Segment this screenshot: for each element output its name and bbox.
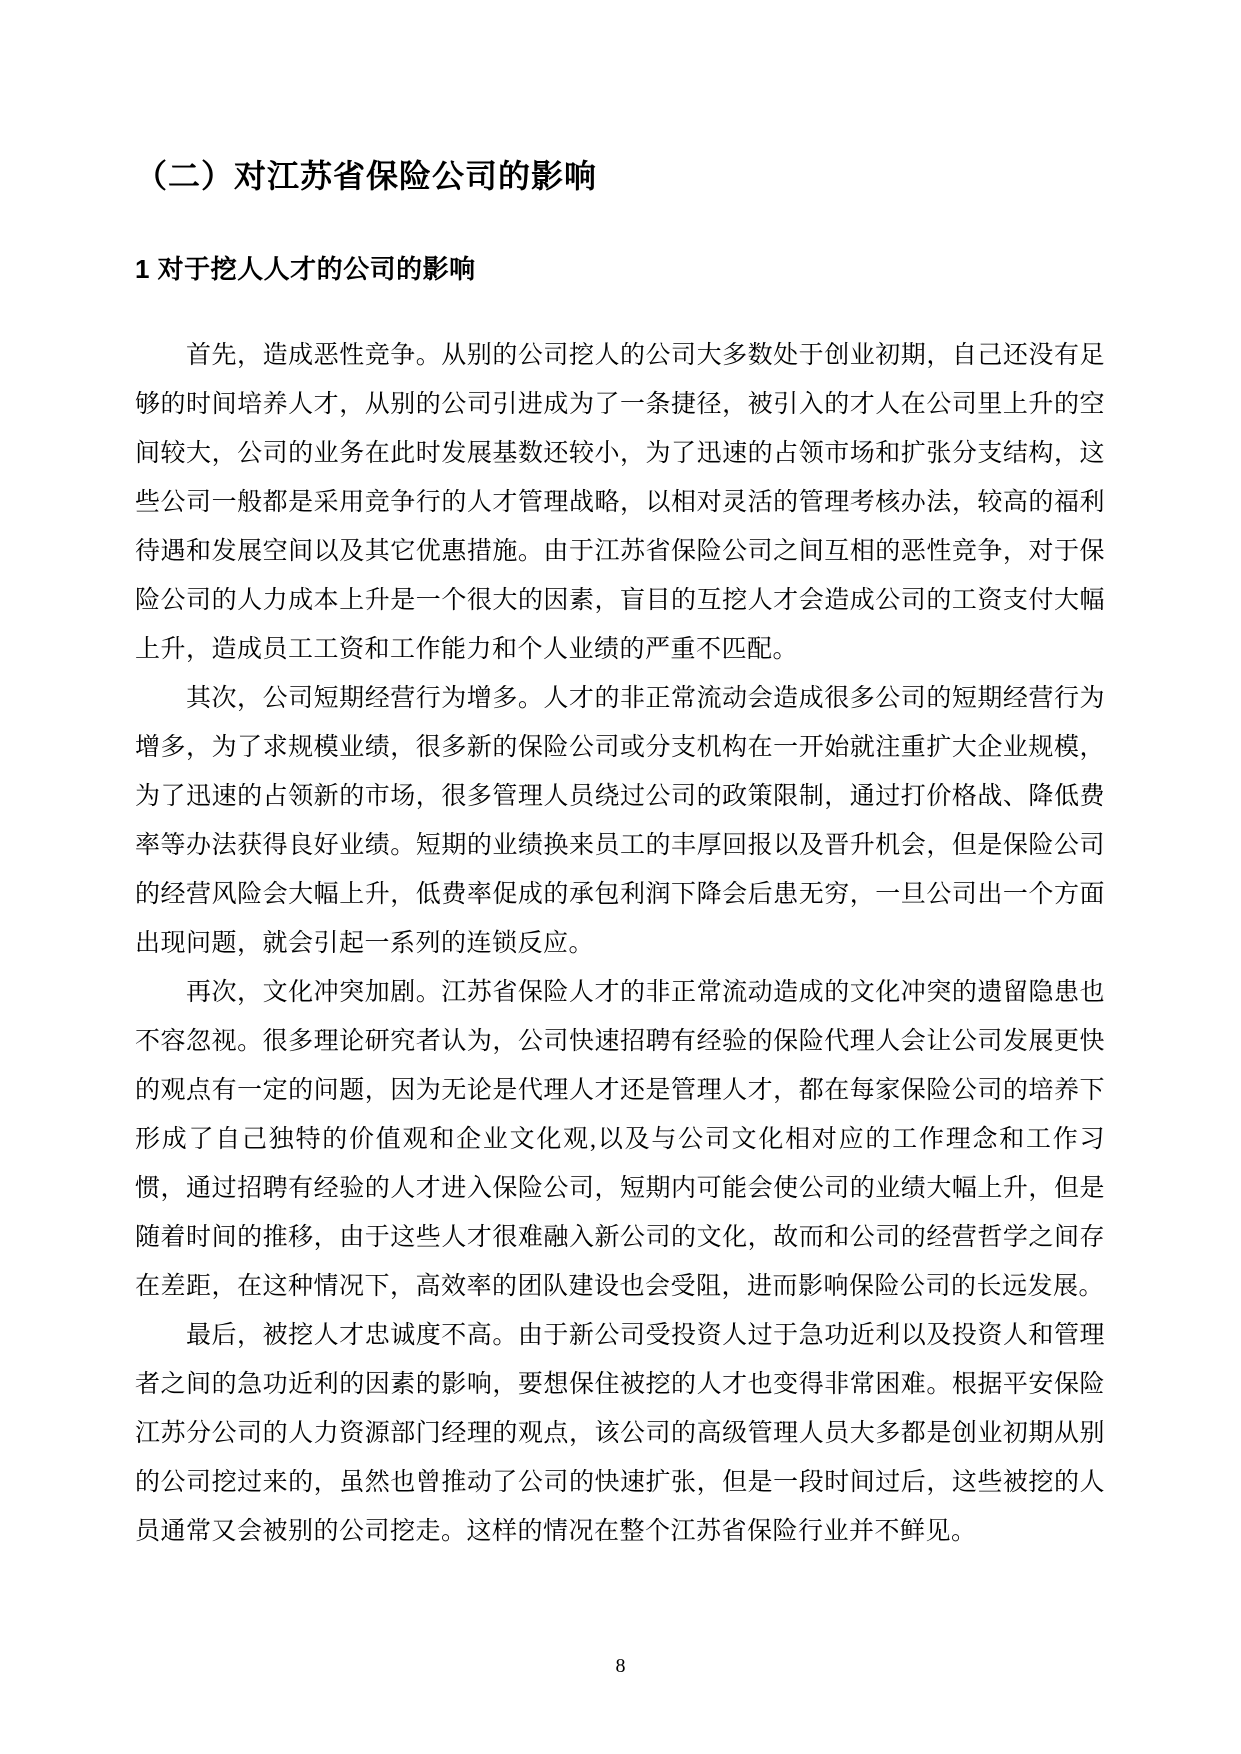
- document-page: （二）对江苏省保险公司的影响 1 对于挖人人才的公司的影响 首先，造成恶性竞争。…: [0, 0, 1241, 1754]
- page-number: 8: [0, 1653, 1241, 1679]
- paragraph-vicious-competition: 首先，造成恶性竞争。从别的公司挖人的公司大多数处于创业初期，自己还没有足够的时间…: [135, 331, 1105, 674]
- document-content: （二）对江苏省保险公司的影响 1 对于挖人人才的公司的影响 首先，造成恶性竞争。…: [0, 156, 1241, 1556]
- paragraph-short-term-behavior: 其次，公司短期经营行为增多。人才的非正常流动会造成很多公司的短期经营行为增多，为…: [135, 674, 1105, 968]
- section-heading: （二）对江苏省保险公司的影响: [135, 156, 1105, 196]
- paragraph-low-loyalty: 最后，被挖人才忠诚度不高。由于新公司受投资人过于急功近利以及投资人和管理者之间的…: [135, 1311, 1105, 1556]
- paragraph-culture-conflict: 再次，文化冲突加剧。江苏省保险人才的非正常流动造成的文化冲突的遗留隐患也不容忽视…: [135, 968, 1105, 1311]
- subsection-heading: 1 对于挖人人才的公司的影响: [135, 252, 1105, 286]
- body-text: 首先，造成恶性竞争。从别的公司挖人的公司大多数处于创业初期，自己还没有足够的时间…: [135, 331, 1105, 1556]
